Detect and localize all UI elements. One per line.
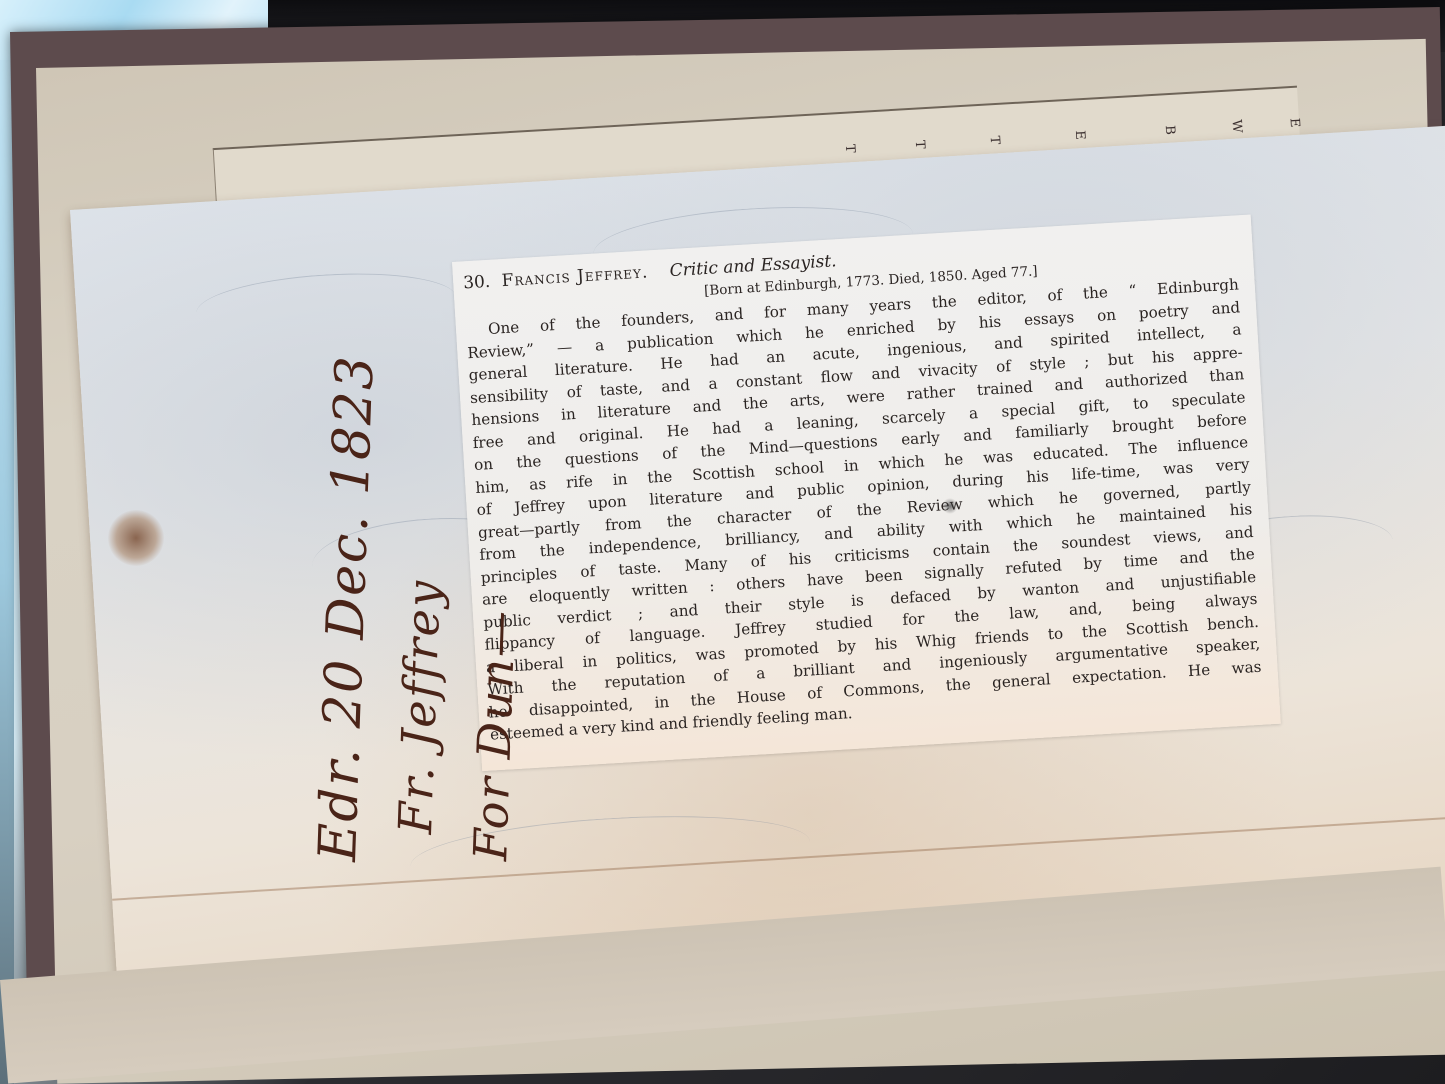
- printed-biography-clipping: 30. Francis Jeffrey. Critic and Essayist…: [452, 215, 1281, 772]
- printed-letter: T: [912, 140, 928, 151]
- printed-letter: E: [1287, 118, 1303, 129]
- printed-letter: B: [1162, 125, 1178, 136]
- entry-number: 30.: [463, 272, 491, 294]
- printed-letter: T: [987, 135, 1003, 146]
- ink-blot: [108, 510, 164, 566]
- blue-fabric-left-edge: [0, 60, 14, 1084]
- marble-vein: [195, 267, 458, 344]
- printed-letter: T: [842, 144, 858, 155]
- ink-smudge: [942, 498, 958, 514]
- printed-letter: E: [1072, 130, 1088, 141]
- biography-text: One of the founders, and for many years …: [465, 273, 1263, 746]
- printed-letter: W: [1228, 119, 1244, 134]
- handwritten-inscription: Edr. 20 Dec. 1823 Fr. Jeffrey For Dun—: [300, 353, 546, 868]
- photo-scene: E W B E T T T 30. Francis Jeffrey. Criti…: [0, 0, 1445, 1084]
